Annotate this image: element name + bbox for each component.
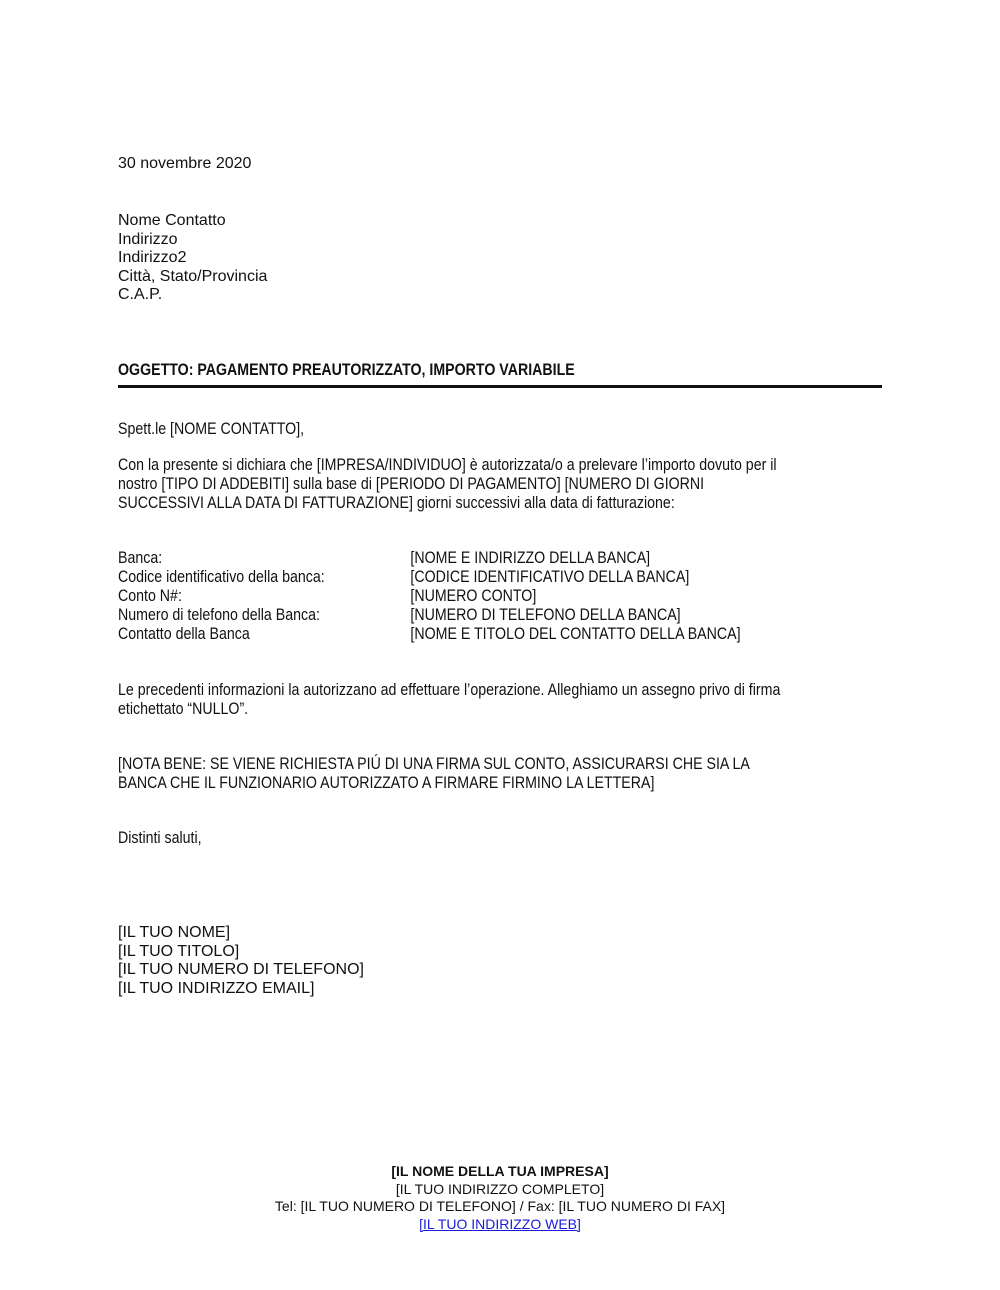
recipient-address-line1: Indirizzo bbox=[118, 231, 267, 250]
paragraph-line: Le precedenti informazioni la autorizzan… bbox=[118, 681, 780, 700]
authorization-paragraph: Con la presente si dichiara che [IMPRESA… bbox=[118, 456, 777, 513]
bank-row: Numero di telefono della Banca: [NUMERO … bbox=[118, 606, 741, 625]
bank-value: [NUMERO CONTO] bbox=[410, 587, 536, 606]
bank-row: Codice identificativo della banca: [CODI… bbox=[118, 568, 741, 587]
bank-label: Banca: bbox=[118, 549, 410, 568]
bank-label: Conto N#: bbox=[118, 587, 410, 606]
bank-row: Conto N#: [NUMERO CONTO] bbox=[118, 587, 741, 606]
paragraph-line: BANCA CHE IL FUNZIONARIO AUTORIZZATO A F… bbox=[118, 774, 750, 793]
subject-line: OGGETTO: PAGAMENTO PREAUTORIZZATO, IMPOR… bbox=[118, 361, 575, 380]
attachment-paragraph: Le precedenti informazioni la autorizzan… bbox=[118, 681, 780, 719]
recipient-postal-code: C.A.P. bbox=[118, 286, 267, 305]
signature-title: [IL TUO TITOLO] bbox=[118, 943, 364, 962]
bank-value: [NOME E TITOLO DEL CONTATTO DELLA BANCA] bbox=[410, 625, 740, 644]
bank-label: Numero di telefono della Banca: bbox=[118, 606, 410, 625]
signature-phone: [IL TUO NUMERO DI TELEFONO] bbox=[118, 961, 364, 980]
letterhead-footer: [IL NOME DELLA TUA IMPRESA] [IL TUO INDI… bbox=[0, 1163, 1000, 1233]
footer-address: [IL TUO INDIRIZZO COMPLETO] bbox=[0, 1181, 1000, 1199]
bank-row: Banca: [NOME E INDIRIZZO DELLA BANCA] bbox=[118, 549, 741, 568]
subject-divider bbox=[118, 385, 882, 388]
footer-website-link[interactable]: [IL TUO INDIRIZZO WEB] bbox=[419, 1216, 581, 1232]
signature-name: [IL TUO NOME] bbox=[118, 924, 364, 943]
recipient-address: Nome Contatto Indirizzo Indirizzo2 Città… bbox=[118, 212, 267, 305]
bank-value: [NUMERO DI TELEFONO DELLA BANCA] bbox=[410, 606, 680, 625]
paragraph-line: SUCCESSIVI ALLA DATA DI FATTURAZIONE] gi… bbox=[118, 494, 777, 513]
bank-label: Contatto della Banca bbox=[118, 625, 410, 644]
letter-date: 30 novembre 2020 bbox=[118, 155, 251, 174]
recipient-address-line2: Indirizzo2 bbox=[118, 249, 267, 268]
recipient-name: Nome Contatto bbox=[118, 212, 267, 231]
bank-value: [NOME E INDIRIZZO DELLA BANCA] bbox=[410, 549, 650, 568]
footer-contacts: Tel: [IL TUO NUMERO DI TELEFONO] / Fax: … bbox=[0, 1198, 1000, 1216]
bank-value: [CODICE IDENTIFICATIVO DELLA BANCA] bbox=[410, 568, 689, 587]
paragraph-line: [NOTA BENE: SE VIENE RICHIESTA PIÚ DI UN… bbox=[118, 755, 750, 774]
closing: Distinti saluti, bbox=[118, 829, 202, 848]
paragraph-line: etichettato “NULLO”. bbox=[118, 700, 780, 719]
paragraph-line: nostro [TIPO DI ADDEBITI] sulla base di … bbox=[118, 475, 777, 494]
paragraph-line: Con la presente si dichiara che [IMPRESA… bbox=[118, 456, 777, 475]
recipient-city: Città, Stato/Provincia bbox=[118, 268, 267, 287]
signature-block: [IL TUO NOME] [IL TUO TITOLO] [IL TUO NU… bbox=[118, 924, 364, 998]
salutation: Spett.le [NOME CONTATTO], bbox=[118, 420, 304, 439]
note-paragraph: [NOTA BENE: SE VIENE RICHIESTA PIÚ DI UN… bbox=[118, 755, 750, 793]
bank-details-table: Banca: [NOME E INDIRIZZO DELLA BANCA] Co… bbox=[118, 549, 741, 644]
bank-label: Codice identificativo della banca: bbox=[118, 568, 410, 587]
footer-company-name: [IL NOME DELLA TUA IMPRESA] bbox=[0, 1163, 1000, 1181]
bank-row: Contatto della Banca [NOME E TITOLO DEL … bbox=[118, 625, 741, 644]
signature-email: [IL TUO INDIRIZZO EMAIL] bbox=[118, 980, 364, 999]
